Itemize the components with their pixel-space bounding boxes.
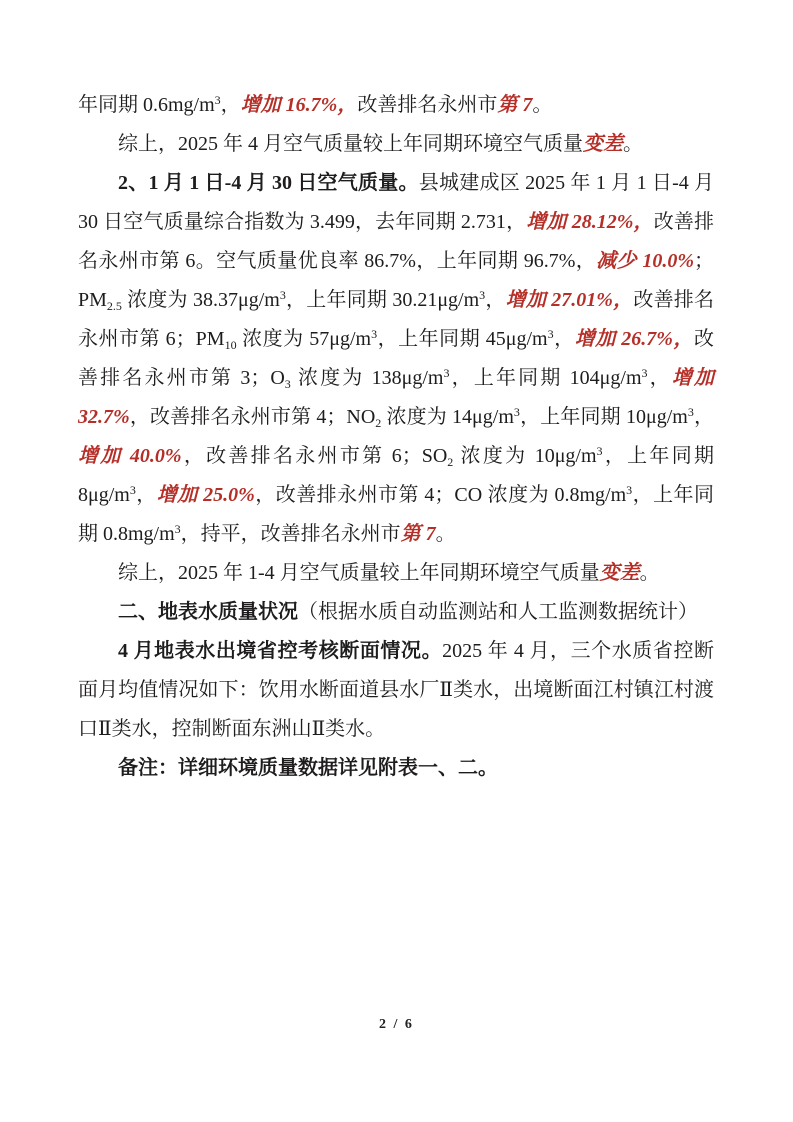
page-number: 2 / 6 bbox=[0, 1017, 793, 1033]
paragraph-april-summary: 综上，2025 年 4 月空气质量较上年同期环境空气质量变差。 bbox=[78, 125, 714, 164]
paragraph-note: 备注：详细环境质量数据详见附表一、二。 bbox=[78, 749, 714, 788]
heading-surface-water-quality: 二、地表水质量状况（根据水质自动监测站和人工监测数据统计） bbox=[78, 593, 714, 632]
paragraph-jan-apr-summary: 综上，2025 年 1-4 月空气质量较上年同期环境空气质量变差。 bbox=[78, 554, 714, 593]
paragraph-surface-water-sections: 4 月地表水出境省控考核断面情况。2025 年 4 月，三个水质省控断面月均值情… bbox=[78, 632, 714, 749]
document-body: 年同期 0.6mg/m3，增加 16.7%，改善排名永州市第 7。 综上，202… bbox=[78, 86, 714, 788]
paragraph-co-continuation: 年同期 0.6mg/m3，增加 16.7%，改善排名永州市第 7。 bbox=[78, 86, 714, 125]
paragraph-jan-apr-air-quality: 2、1 月 1 日-4 月 30 日空气质量。县城建成区 2025 年 1 月 … bbox=[78, 164, 714, 554]
document-page: 年同期 0.6mg/m3，增加 16.7%，改善排名永州市第 7。 综上，202… bbox=[0, 0, 793, 1122]
